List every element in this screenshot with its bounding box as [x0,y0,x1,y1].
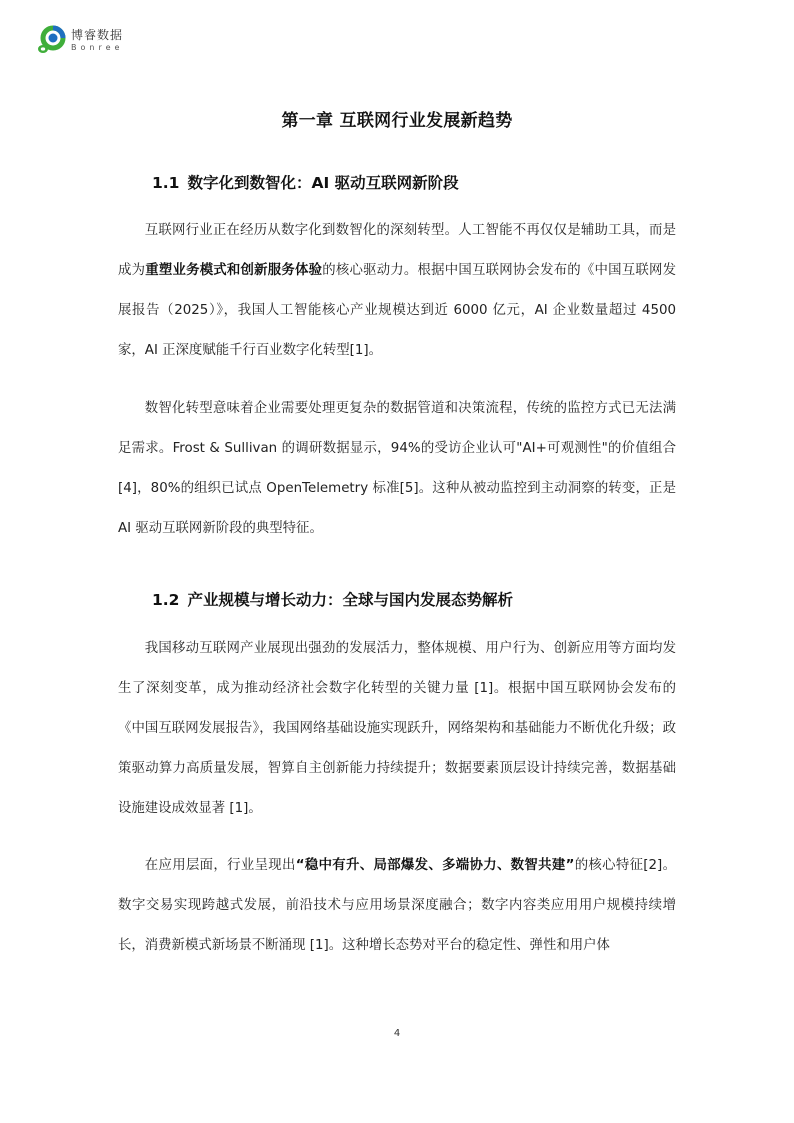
emphasis-text: “稳中有升、局部爆发、多端协力、数智共建” [296,858,575,873]
section-number: 1.2 [152,591,179,609]
chapter-title: 第一章 互联网行业发展新趋势 [0,106,794,131]
paragraph: 互联网行业正在经历从数字化到数智化的深刻转型。人工智能不再仅仅是辅助工具，而是成… [118,211,676,371]
paragraph: 在应用层面，行业呈现出“稳中有升、局部爆发、多端协力、数智共建”的核心特征[2]… [118,846,676,966]
logo-chinese-name: 博睿数据 [71,29,123,41]
page-number: 4 [0,1028,794,1039]
paragraph: 我国移动互联网产业展现出强劲的发展活力，整体规模、用户行为、创新应用等方面均发生… [118,629,676,829]
section-title-text: 数字化到数智化：AI 驱动互联网新阶段 [187,174,458,192]
paragraph-text: 数智化转型意味着企业需要处理更复杂的数据管道和决策流程，传统的监控方式已无法满足… [118,401,676,536]
logo-english-name: Bonree [71,44,123,52]
section-number: 1.1 [152,174,179,192]
paragraph: 数智化转型意味着企业需要处理更复杂的数据管道和决策流程，传统的监控方式已无法满足… [118,389,676,549]
emphasis-text: 重塑业务模式和创新服务体验 [145,263,322,278]
section-title-text: 产业规模与增长动力：全球与国内发展态势解析 [187,591,513,609]
paragraph-text: 我国移动互联网产业展现出强劲的发展活力，整体规模、用户行为、创新应用等方面均发生… [118,641,676,816]
paragraph-text: 在应用层面，行业呈现出 [145,858,296,873]
bonree-logo-icon [36,25,66,55]
section-heading-1-2: 1.2产业规模与增长动力：全球与国内发展态势解析 [152,588,513,610]
company-logo: 博睿数据 Bonree [36,24,123,56]
section-heading-1-1: 1.1数字化到数智化：AI 驱动互联网新阶段 [152,171,459,193]
